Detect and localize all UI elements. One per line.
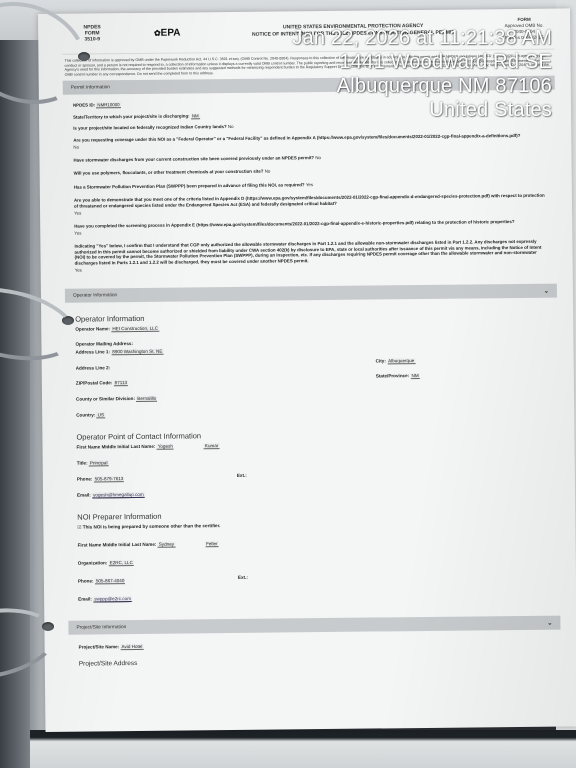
- answer: No: [265, 169, 271, 174]
- answer: No: [315, 155, 321, 160]
- field-label: Phone:: [77, 477, 93, 483]
- state-province-value: NM: [411, 373, 420, 379]
- preparer-last-name: Feller: [205, 541, 219, 547]
- preparer-org-field: Organization: E2RC, LLC: [78, 556, 550, 567]
- field-label: Ext.:: [237, 473, 247, 478]
- project-name-field: Project/Site Name: Avid Hotel: [79, 640, 551, 651]
- address-line1-value: 8900 Washington St. NE: [111, 349, 163, 356]
- address-line2-field: Address Line 2: City: Albuquerque: [76, 361, 548, 371]
- poc-first-name: Yogesh: [157, 444, 174, 450]
- project-address-subhead: Project/Site Address: [79, 656, 551, 668]
- field-label: City:: [376, 358, 386, 363]
- question-text: Will you use polymers, flocculants, or o…: [74, 169, 264, 176]
- country-field: Country: US: [76, 408, 548, 419]
- pages-stack-edge: [30, 730, 576, 768]
- operator-name-field: Operator Name: HEI Construction, LLC: [75, 322, 547, 333]
- poc-phone-value: 505-879-7613: [94, 476, 125, 482]
- zip-field: ZIP/Postal Code: 87113 State/Province: N…: [76, 376, 548, 387]
- field-label: ZIP/Postal Code:: [76, 380, 113, 386]
- preparer-email-field: Email: swppp@e2rc.com: [78, 592, 550, 603]
- preparer-name-field: First Name Middle Initial Last Name: Syd…: [78, 538, 550, 549]
- section-title: Project/Site Information: [76, 625, 126, 631]
- answer: No: [228, 124, 234, 129]
- country-value: US: [97, 412, 105, 418]
- answer: Yes: [306, 182, 313, 187]
- photo-address-line2: Albuquerque NM 87106: [292, 74, 552, 98]
- preparer-org-value: E2RC, LLC: [109, 560, 134, 566]
- photo-location-overlay: Jan 22, 2026 at 11:21:38 AM 1441 Woodwar…: [292, 26, 552, 122]
- question-confirm-discharges: Indicating "Yes" below, I confirm that I…: [74, 239, 546, 266]
- field-label: Project/Site Name:: [79, 644, 120, 650]
- question-previous-coverage: Have stormwater discharges from your cur…: [74, 153, 546, 163]
- poc-email-value: yogesh@hmegallup.com: [92, 492, 145, 499]
- poc-ext-field: Ext.:: [237, 473, 247, 478]
- operator-section-body: Operator Information Operator Name: HEI …: [65, 298, 560, 617]
- field-label: Organization:: [78, 560, 108, 566]
- question-text: Has a Stormwater Pollution Prevention Pl…: [74, 182, 305, 189]
- field-label: Operator Mailing Address:: [75, 341, 133, 347]
- preparer-email-value: swppp@e2rc.com: [93, 596, 132, 602]
- photo-address-line1: 1441 Woodward Rd SE: [292, 50, 552, 74]
- field-label: Address Line 2:: [76, 365, 111, 370]
- checkbox-checked-icon[interactable]: ☑: [77, 525, 81, 531]
- preparer-checkbox-row: ☑ This NOI is being prepared by someone …: [77, 520, 549, 531]
- field-label: NPDES ID:: [73, 103, 95, 108]
- field-label: Operator Name:: [75, 326, 110, 332]
- preparer-phone-field: Phone: 505-867-4040 Ext.:: [78, 574, 550, 585]
- project-name-value: Avid Hotel: [120, 644, 143, 650]
- field-label: State/Province:: [376, 373, 410, 378]
- question-text: Indicating "Yes" below, I confirm that I…: [74, 239, 541, 265]
- question-polymers: Will you use polymers, flocculants, or o…: [74, 166, 546, 176]
- field-label: Email:: [77, 493, 91, 499]
- question-indian-country: Is your project/site located on federall…: [73, 121, 545, 131]
- field-label: First Name Middle Initial Last Name:: [77, 444, 156, 451]
- field-label: Ext.:: [238, 575, 248, 580]
- photo-timestamp: Jan 22, 2026 at 11:21:38 AM: [292, 26, 552, 50]
- field-label: First Name Middle Initial Last Name:: [78, 542, 157, 549]
- project-section-body: Project/Site Name: Avid Hotel Project/Si…: [69, 630, 561, 673]
- field-label: State/Territory to which your project/si…: [73, 113, 190, 119]
- chevron-down-icon[interactable]: ⌄: [544, 287, 549, 294]
- operator-name-value: HEI Construction, LLC: [111, 326, 159, 332]
- checkbox-label: This NOI is being prepared by someone ot…: [83, 523, 221, 530]
- npdes-id-value: NMR10000: [96, 103, 120, 109]
- field-label: Email:: [78, 597, 92, 603]
- poc-last-name: Kumar: [204, 443, 220, 449]
- field-label: Country:: [76, 412, 95, 418]
- chevron-down-icon[interactable]: ⌄: [547, 619, 552, 626]
- photo-country: United States: [292, 98, 552, 122]
- poc-title-field: Title: Principal: [77, 456, 549, 467]
- poc-title-value: Principal: [89, 460, 109, 466]
- epa-logo: ✿EPA: [122, 27, 212, 39]
- zip-value: 87113: [114, 380, 128, 386]
- question-text: Is your project/site located on federall…: [73, 124, 227, 131]
- county-field: County or Similar Division: Bernalillo: [76, 392, 548, 403]
- preparer-ext-field: Ext.:: [238, 575, 248, 580]
- poc-name-field: First Name Middle Initial Last Name: Yog…: [77, 440, 549, 451]
- preparer-phone-value: 505-867-4040: [95, 578, 126, 584]
- field-label: Address Line 1:: [76, 349, 111, 355]
- state-province-field: State/Province: NM: [376, 373, 420, 378]
- question-text: Have stormwater discharges from your cur…: [74, 155, 315, 163]
- field-label: County or Similar Division:: [76, 396, 135, 403]
- address-line1-field: Address Line 1: 8900 Washington St. NE: [76, 345, 548, 356]
- section-title: Operator Information: [73, 293, 117, 298]
- question-swppp: Has a Stormwater Pollution Prevention Pl…: [74, 180, 546, 190]
- city-field: City: Albuquerque: [376, 358, 416, 363]
- city-value: Albuquerque: [387, 358, 415, 364]
- county-value: Bernalillo: [136, 396, 157, 402]
- poc-email-field: Email: yogesh@hmegallup.com: [77, 488, 549, 499]
- preparer-first-name: Sydney: [158, 542, 175, 548]
- field-label: Phone:: [78, 579, 94, 585]
- poc-phone-field: Phone: 505-879-7613 Ext.:: [77, 472, 549, 483]
- epa-logo-text: EPA: [161, 27, 181, 38]
- field-label: Title:: [77, 461, 88, 467]
- state-value: NM: [191, 113, 200, 119]
